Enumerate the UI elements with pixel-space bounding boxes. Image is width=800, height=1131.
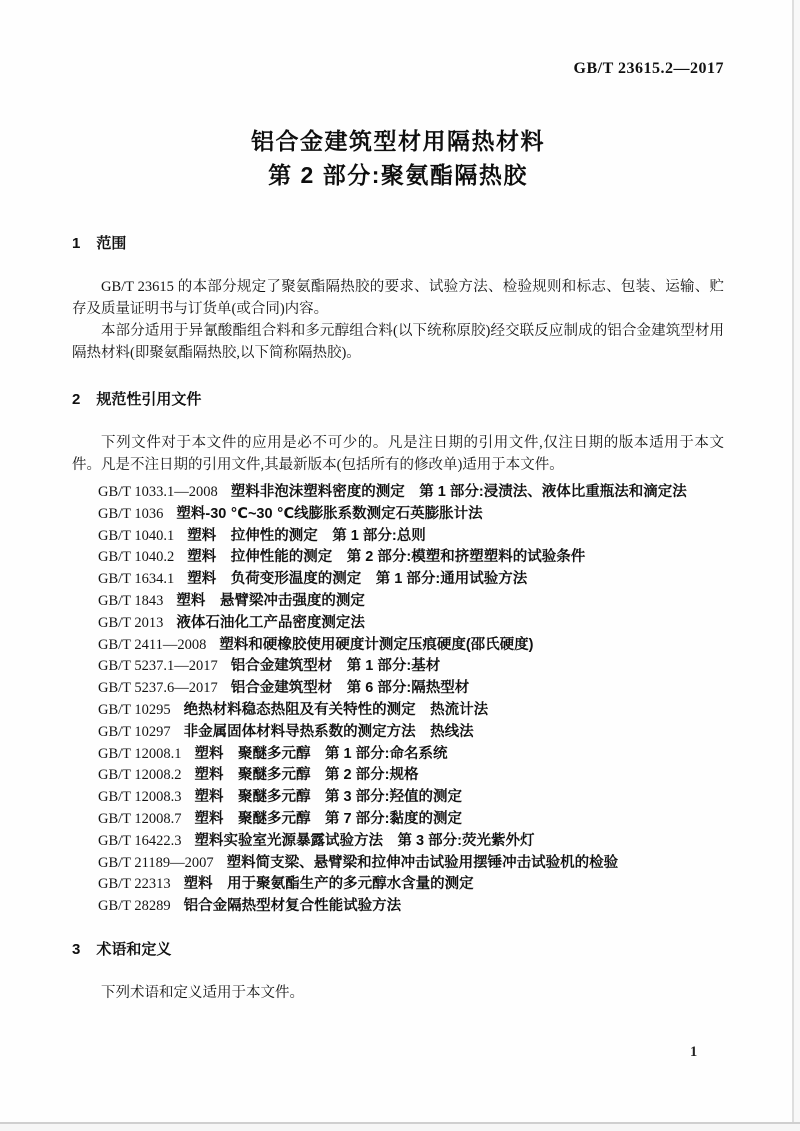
reference-title: 铝合金隔热型材复合性能试验方法 [184,898,402,914]
section-heading-scope: 1范围 [72,234,724,254]
reference-code: GB/T 16422.3 [98,833,182,849]
reference-item: GB/T 12008.1塑料 聚醚多元醇 第 1 部分:命名系统 [98,744,724,766]
reference-item: GB/T 10297非金属固体材料导热系数的测定方法 热线法 [98,722,724,744]
reference-title: 塑料 聚醚多元醇 第 7 部分:黏度的测定 [195,811,462,827]
reference-code: GB/T 10295 [98,702,171,718]
reference-title: 塑料-30 ℃~30 ℃线膨胀系数测定石英膨胀计法 [176,506,482,522]
section-heading-terms-definitions: 3术语和定义 [72,940,724,960]
paper-edge-right [792,0,794,1123]
reference-title: 塑料和硬橡胶使用硬度计测定压痕硬度(邵氏硬度) [219,637,533,653]
reference-item: GB/T 1033.1—2008塑料非泡沫塑料密度的测定 第 1 部分:浸渍法、… [98,482,724,504]
reference-code: GB/T 12008.7 [98,811,182,827]
reference-code: GB/T 2411—2008 [98,637,206,653]
reference-item: GB/T 1843塑料 悬臂梁冲击强度的测定 [98,591,724,613]
section-terms-definitions: 3术语和定义 下列术语和定义适用于本文件。 [72,940,724,1004]
reference-code: GB/T 21189—2007 [98,855,214,871]
document-title-line1: 铝合金建筑型材用隔热材料 [72,124,724,158]
reference-title: 液体石油化工产品密度测定法 [176,615,365,631]
section-scope: 1范围 GB/T 23615 的本部分规定了聚氨酯隔热胶的要求、试验方法、检验规… [72,234,724,364]
reference-code: GB/T 12008.1 [98,746,182,762]
reference-code: GB/T 28289 [98,898,171,914]
document-page: GB/T 23615.2—2017 铝合金建筑型材用隔热材料 第 2 部分:聚氨… [0,0,800,1131]
reference-item: GB/T 22313塑料 用于聚氨酯生产的多元醇水含量的测定 [98,874,724,896]
reference-item: GB/T 2411—2008塑料和硬橡胶使用硬度计测定压痕硬度(邵氏硬度) [98,635,724,657]
reference-list: GB/T 1033.1—2008塑料非泡沫塑料密度的测定 第 1 部分:浸渍法、… [72,482,724,918]
reference-item: GB/T 21189—2007塑料简支梁、悬臂梁和拉伸冲击试验用摆锤冲击试验机的… [98,853,724,875]
section-number: 1 [72,234,80,254]
reference-title: 塑料 聚醚多元醇 第 1 部分:命名系统 [195,746,448,762]
reference-title: 塑料 聚醚多元醇 第 2 部分:规格 [195,767,419,783]
reference-title: 铝合金建筑型材 第 1 部分:基材 [231,658,440,674]
terms-intro-paragraph: 下列术语和定义适用于本文件。 [72,982,724,1004]
reference-code: GB/T 10297 [98,724,171,740]
reference-item: GB/T 1036塑料-30 ℃~30 ℃线膨胀系数测定石英膨胀计法 [98,504,724,526]
reference-item: GB/T 10295绝热材料稳态热阻及有关特性的测定 热流计法 [98,700,724,722]
section-heading-normative-references: 2规范性引用文件 [72,390,724,410]
reference-title: 塑料 负荷变形温度的测定 第 1 部分:通用试验方法 [187,571,527,587]
reference-code: GB/T 12008.3 [98,789,182,805]
section-title: 术语和定义 [96,941,171,958]
reference-code: GB/T 1036 [98,506,163,522]
reference-item: GB/T 12008.7塑料 聚醚多元醇 第 7 部分:黏度的测定 [98,809,724,831]
page-number: 1 [690,1044,697,1061]
reference-item: GB/T 5237.1—2017铝合金建筑型材 第 1 部分:基材 [98,656,724,678]
reference-item: GB/T 16422.3塑料实验室光源暴露试验方法 第 3 部分:荧光紫外灯 [98,831,724,853]
scope-paragraph-2: 本部分适用于异氰酸酯组合料和多元醇组合料(以下统称原胶)经交联反应制成的铝合金建… [72,320,724,364]
reference-code: GB/T 12008.2 [98,767,182,783]
reference-code: GB/T 5237.1—2017 [98,658,218,674]
reference-item: GB/T 2013液体石油化工产品密度测定法 [98,613,724,635]
section-number: 3 [72,940,80,960]
reference-title: 塑料 聚醚多元醇 第 3 部分:羟值的测定 [195,789,462,805]
reference-title: 塑料 拉伸性能的测定 第 2 部分:模塑和挤塑塑料的试验条件 [187,549,585,565]
reference-title: 塑料 拉伸性的测定 第 1 部分:总则 [187,528,425,544]
standard-number: GB/T 23615.2—2017 [72,60,724,78]
document-title-line2: 第 2 部分:聚氨酯隔热胶 [72,158,724,192]
reference-item: GB/T 5237.6—2017铝合金建筑型材 第 6 部分:隔热型材 [98,678,724,700]
reference-code: GB/T 1040.2 [98,549,174,565]
reference-title: 绝热材料稳态热阻及有关特性的测定 热流计法 [184,702,489,718]
reference-title: 铝合金建筑型材 第 6 部分:隔热型材 [231,680,469,696]
section-number: 2 [72,390,80,410]
reference-title: 塑料简支梁、悬臂梁和拉伸冲击试验用摆锤冲击试验机的检验 [227,855,619,871]
document-title: 铝合金建筑型材用隔热材料 第 2 部分:聚氨酯隔热胶 [72,124,724,192]
reference-item: GB/T 1040.1塑料 拉伸性的测定 第 1 部分:总则 [98,526,724,548]
reference-title: 塑料 悬臂梁冲击强度的测定 [176,593,365,609]
scope-paragraph-1: GB/T 23615 的本部分规定了聚氨酯隔热胶的要求、试验方法、检验规则和标志… [72,276,724,320]
reference-code: GB/T 1033.1—2008 [98,484,218,500]
reference-item: GB/T 28289铝合金隔热型材复合性能试验方法 [98,896,724,918]
reference-item: GB/T 1040.2塑料 拉伸性能的测定 第 2 部分:模塑和挤塑塑料的试验条… [98,547,724,569]
reference-title: 塑料 用于聚氨酯生产的多元醇水含量的测定 [184,876,474,892]
reference-title: 非金属固体材料导热系数的测定方法 热线法 [184,724,474,740]
reference-item: GB/T 12008.2塑料 聚醚多元醇 第 2 部分:规格 [98,765,724,787]
reference-code: GB/T 5237.6—2017 [98,680,218,696]
section-title: 规范性引用文件 [96,391,201,408]
reference-title: 塑料实验室光源暴露试验方法 第 3 部分:荧光紫外灯 [195,833,535,849]
reference-item: GB/T 12008.3塑料 聚醚多元醇 第 3 部分:羟值的测定 [98,787,724,809]
reference-code: GB/T 1040.1 [98,528,174,544]
section-title: 范围 [96,235,126,252]
reference-code: GB/T 2013 [98,615,163,631]
reference-code: GB/T 1634.1 [98,571,174,587]
reference-item: GB/T 1634.1塑料 负荷变形温度的测定 第 1 部分:通用试验方法 [98,569,724,591]
scan-margin-right [794,0,800,1123]
reference-title: 塑料非泡沫塑料密度的测定 第 1 部分:浸渍法、液体比重瓶法和滴定法 [231,484,687,500]
paper-edge-bottom [0,1122,800,1124]
reference-code: GB/T 1843 [98,593,163,609]
reference-code: GB/T 22313 [98,876,171,892]
page-content: GB/T 23615.2—2017 铝合金建筑型材用隔热材料 第 2 部分:聚氨… [72,0,724,1004]
scan-margin-bottom [0,1124,800,1131]
references-intro-paragraph: 下列文件对于本文件的应用是必不可少的。凡是注日期的引用文件,仅注日期的版本适用于… [72,432,724,476]
section-normative-references: 2规范性引用文件 下列文件对于本文件的应用是必不可少的。凡是注日期的引用文件,仅… [72,390,724,918]
